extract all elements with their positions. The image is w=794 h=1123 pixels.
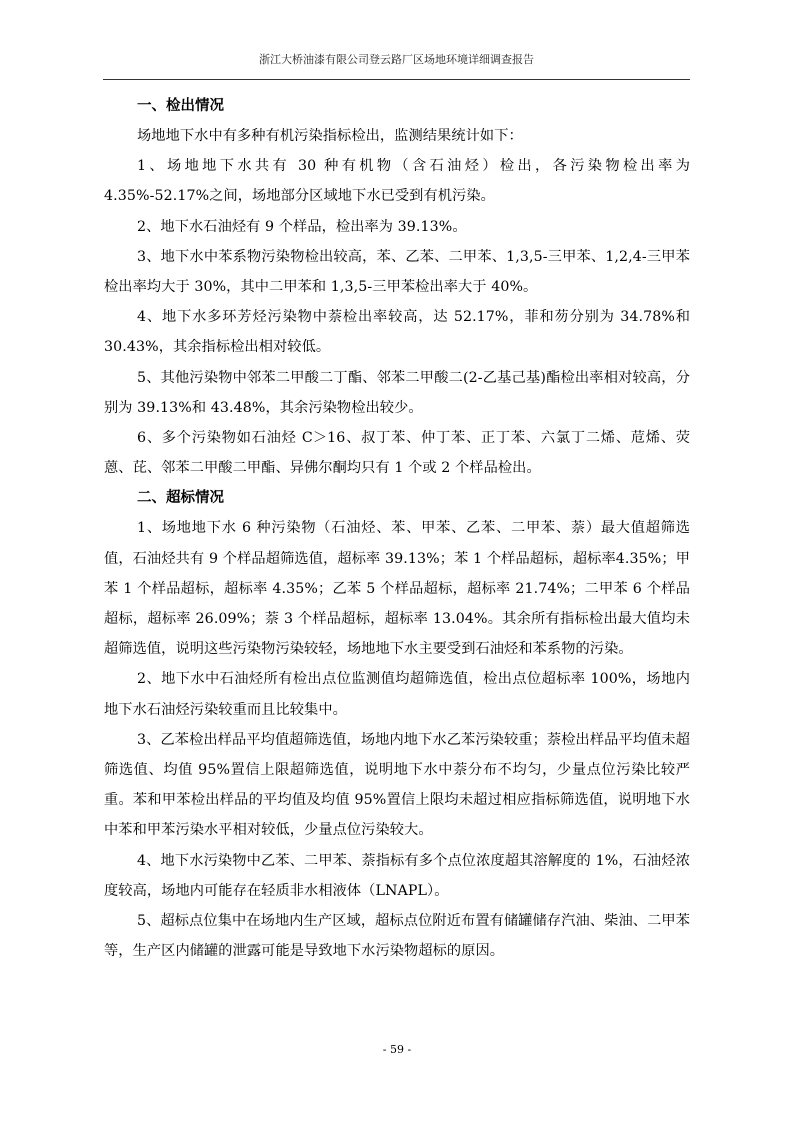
paragraph: 5、超标点位集中在场地内生产区域，超标点位附近布置有储罐储存汽油、柴油、二甲苯等… bbox=[104, 906, 690, 966]
header-title: 浙江大桥油漆有限公司登云路厂区场地环境详细调查报告 bbox=[259, 53, 534, 66]
document-body: 一、检出情况 场地地下水中有多种有机污染指标检出，监测结果统计如下： 1、场地地… bbox=[104, 91, 690, 966]
section-detection: 一、检出情况 场地地下水中有多种有机污染指标检出，监测结果统计如下： 1、场地地… bbox=[104, 91, 690, 483]
paragraph: 4、地下水多环芳烃污染物中萘检出率较高，达 52.17%，菲和芴分别为 34.7… bbox=[104, 302, 690, 362]
section-heading: 二、超标情况 bbox=[104, 483, 690, 513]
paragraph: 2、地下水中石油烃所有检出点位监测值均超筛选值，检出点位超标率 100%，场地内… bbox=[104, 664, 690, 724]
paragraph: 3、乙苯检出样品平均值超筛选值，场地内地下水乙苯污染较重；萘检出样品平均值未超筛… bbox=[104, 725, 690, 846]
paragraph: 2、地下水石油烃有 9 个样品，检出率为 39.13%。 bbox=[104, 212, 690, 242]
section-exceedance: 二、超标情况 1、场地地下水 6 种污染物（石油烃、苯、甲苯、乙苯、二甲苯、萘）… bbox=[104, 483, 690, 966]
page-header: 浙江大桥油漆有限公司登云路厂区场地环境详细调查报告 bbox=[103, 50, 690, 80]
paragraph: 3、地下水中苯系物污染物检出较高，苯、乙苯、二甲苯、1,3,5-三甲苯、1,2,… bbox=[104, 242, 690, 302]
paragraph: 6、多个污染物如石油烃 C＞16、叔丁苯、仲丁苯、正丁苯、六氯丁二烯、苊烯、荧蒽… bbox=[104, 423, 690, 483]
paragraph: 4、地下水污染物中乙苯、二甲苯、萘指标有多个点位浓度超其溶解度的 1%，石油烃浓… bbox=[104, 846, 690, 906]
paragraph: 1、场地地下水共有 30 种有机物（含石油烃）检出，各污染物检出率为4.35%-… bbox=[104, 151, 690, 211]
paragraph: 1、场地地下水 6 种污染物（石油烃、苯、甲苯、乙苯、二甲苯、萘）最大值超筛选值… bbox=[104, 513, 690, 664]
page-number: - 59 - bbox=[0, 1043, 794, 1057]
section-heading: 一、检出情况 bbox=[104, 91, 690, 121]
paragraph: 场地地下水中有多种有机污染指标检出，监测结果统计如下： bbox=[104, 121, 690, 151]
paragraph: 5、其他污染物中邻苯二甲酸二丁酯、邻苯二甲酸二(2-乙基己基)酯检出率相对较高，… bbox=[104, 363, 690, 423]
